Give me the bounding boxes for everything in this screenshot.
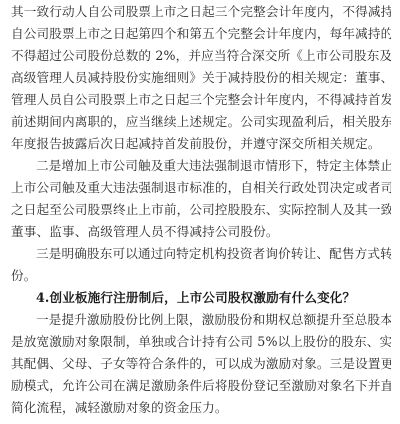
paragraph-line: 是放宽激励对象限制，单独或合计持有公司 5%以上股份的股东、实际控制人及	[11, 334, 391, 350]
paragraph-line: 份。	[11, 268, 391, 284]
paragraph-line: 其配偶、父母、子女等符合条件的，可以成为激励对象。三是设置更为灵活的激	[11, 356, 391, 372]
paragraph-line: 不得超过公司股份总数的 2%，并应当符合深交所《上市公司股东及董事、监事、	[11, 48, 391, 64]
section-heading: 4.创业板施行注册制后，上市公司股权激励有什么变化？	[36, 290, 391, 306]
paragraph-line: 其一致行动人自公司股票上市之日起三个完整会计年度内，不得减持首发前股份：	[11, 4, 391, 20]
paragraph-line: 上市公司触及重大违法强制退市标准的，自相关行政处罚决定或者司法裁判作出	[11, 180, 391, 196]
document-page: 其一致行动人自公司股票上市之日起三个完整会计年度内，不得减持首发前股份： 自公司…	[0, 0, 400, 424]
paragraph-line: 高级管理人员减持股份实施细则》关于减持股份的相关规定：董事、监事、高级	[11, 70, 391, 86]
paragraph-line: 年度报告披露后次日起减持首发前股份，并遵守深交所相关规定。	[11, 136, 391, 152]
paragraph-line: 之日起至公司股票终止上市前，公司控股股东、实际控制人及其一致行动人以及	[11, 202, 391, 218]
paragraph-line: 前述期间内离职的，应当继续上述规定。公司实现盈利后，相关股东可以自当年	[11, 114, 391, 130]
paragraph-line: 二是增加上市公司触及重大违法强制退市情形下，特定主体禁止减持的规定。	[36, 158, 391, 174]
paragraph-line: 励模式，允许公司在满足激励条件后将股份登记至激励对象名下并直接上市流通，	[11, 378, 391, 394]
paragraph-line: 一是提升激励股份比例上限，激励股份和期权总额提升至总股本的 20%。二	[36, 312, 391, 328]
paragraph-line: 董事、监事、高级管理人员不得减持公司股份。	[11, 224, 391, 240]
paragraph-line: 三是明确股东可以通过向特定机构投资者询价转让、配售方式转让首发前股	[36, 246, 391, 262]
paragraph-line: 简化流程，减轻激励对象的资金压力。	[11, 400, 391, 416]
paragraph-line: 管理人员自公司股票上市之日起三个完整会计年度内，不得减持首发前股份；在	[11, 92, 391, 108]
paragraph-line: 自公司股票上市之日起第四个和第五个完整会计年度内，每年减持的首发前股份	[11, 26, 391, 42]
